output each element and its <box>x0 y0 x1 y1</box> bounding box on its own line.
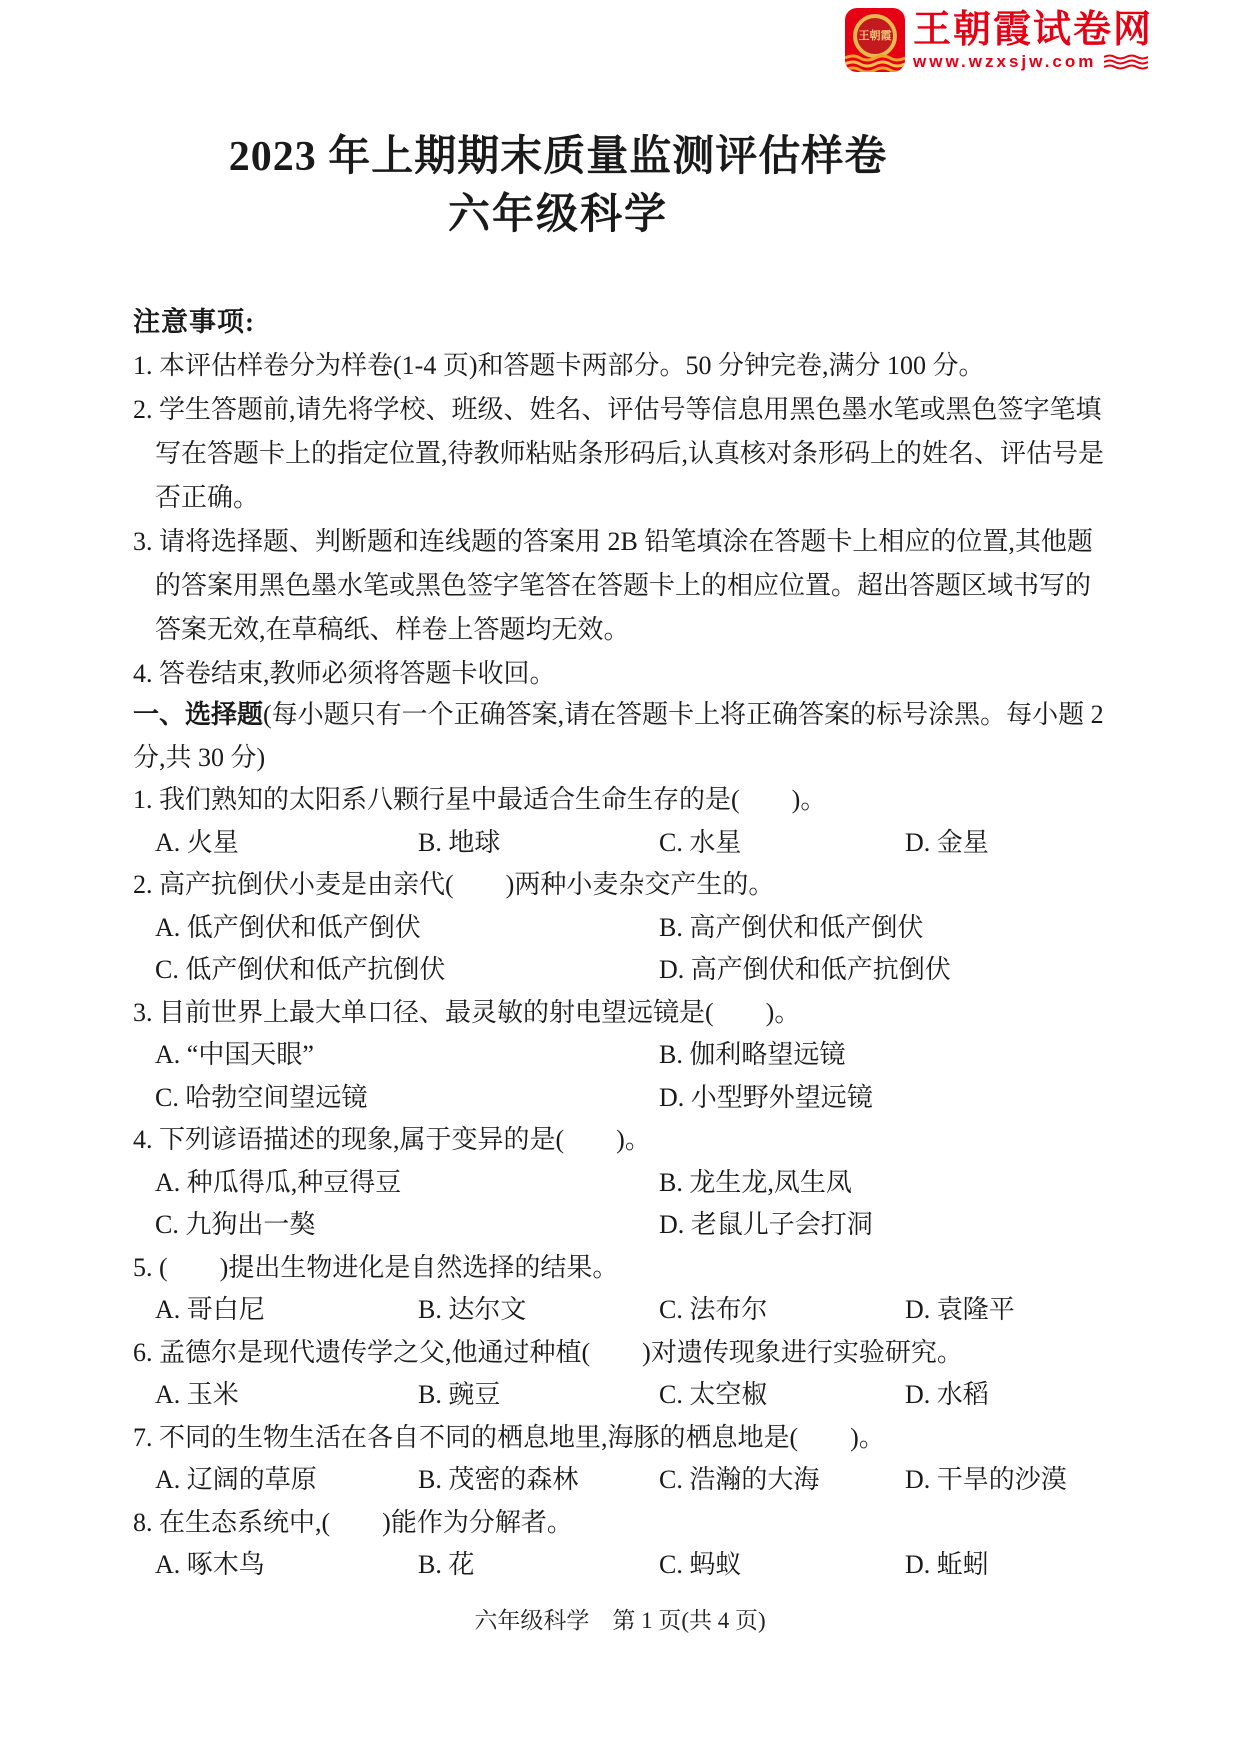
option: D. 高产倒伏和低产抗倒伏 <box>659 949 1111 992</box>
exam-paper-page: 王朝霞 王朝霞试卷网 www.wzxsjw.com 2023 年上期 <box>0 0 1240 1754</box>
questions-list: 1. 我们熟知的太阳系八颗行星中最适合生命生存的是( )。A. 火星B. 地球C… <box>133 779 1111 1587</box>
logo-wave-icon <box>845 54 905 72</box>
question-block: 4. 下列谚语描述的现象,属于变异的是( )。A. 种瓜得瓜,种豆得豆B. 龙生… <box>133 1119 1111 1247</box>
question-block: 3. 目前世界上最大单口径、最灵敏的射电望远镜是( )。A. “中国天眼”B. … <box>133 992 1111 1120</box>
question-text: 8. 在生态系统中,( )能作为分解者。 <box>133 1502 1111 1545</box>
option: A. 玉米 <box>155 1374 418 1417</box>
option: B. 龙生龙,凤生凤 <box>659 1162 1111 1205</box>
page-title: 2023 年上期期末质量监测评估样卷 <box>133 128 983 186</box>
brand-text-block: 王朝霞试卷网 www.wzxsjw.com <box>913 8 1153 72</box>
page-subtitle: 六年级科学 <box>133 186 983 244</box>
option: B. 豌豆 <box>418 1374 659 1417</box>
option: D. 水稻 <box>905 1374 1111 1417</box>
option: C. 低产倒伏和低产抗倒伏 <box>155 949 659 992</box>
option: B. 伽利略望远镜 <box>659 1034 1111 1077</box>
section-instructions: (每小题只有一个正确答案,请在答题卡上将正确答案的标号涂黑。每小题 2 分,共 … <box>133 700 1110 772</box>
brand-site-name: 王朝霞试卷网 <box>913 8 1153 52</box>
choice-section: 一、选择题(每小题只有一个正确答案,请在答题卡上将正确答案的标号涂黑。每小题 2… <box>133 694 1111 1587</box>
option: A. 低产倒伏和低产倒伏 <box>155 907 659 950</box>
question-options: A. 火星B. 地球C. 水星D. 金星 <box>133 822 1111 865</box>
question-text: 2. 高产抗倒伏小麦是由亲代( )两种小麦杂交产生的。 <box>133 864 1111 907</box>
page-footer: 六年级科学 第 1 页(共 4 页) <box>0 1606 1240 1636</box>
option: C. 哈勃空间望远镜 <box>155 1077 659 1120</box>
brand-site-url: www.wzxsjw.com <box>913 52 1096 72</box>
option: B. 地球 <box>418 822 659 865</box>
option: B. 茂密的森林 <box>418 1459 659 1502</box>
option: C. 水星 <box>659 822 905 865</box>
option: C. 九狗出一獒 <box>155 1204 659 1247</box>
option: D. 干旱的沙漠 <box>905 1459 1111 1502</box>
option: C. 太空椒 <box>659 1374 905 1417</box>
question-options: A. “中国天眼”B. 伽利略望远镜C. 哈勃空间望远镜D. 小型野外望远镜 <box>133 1034 1111 1119</box>
option: A. 辽阔的草原 <box>155 1459 418 1502</box>
notice-item: 1. 本评估样卷分为样卷(1-4 页)和答题卡两部分。50 分钟完卷,满分 10… <box>133 344 1111 388</box>
notice-item: 4. 答卷结束,教师必须将答题卡收回。 <box>133 652 1111 696</box>
question-text: 7. 不同的生物生活在各自不同的栖息地里,海豚的栖息地是( )。 <box>133 1417 1111 1460</box>
brand-seal-label: 王朝霞 <box>859 30 892 42</box>
question-options: A. 哥白尼B. 达尔文C. 法布尔D. 袁隆平 <box>133 1289 1111 1332</box>
question-text: 5. ( )提出生物进化是自然选择的结果。 <box>133 1247 1111 1290</box>
section-label: 一、选择题 <box>133 700 263 729</box>
notice-heading: 注意事项: <box>133 300 1111 344</box>
question-block: 5. ( )提出生物进化是自然选择的结果。A. 哥白尼B. 达尔文C. 法布尔D… <box>133 1247 1111 1332</box>
option: D. 金星 <box>905 822 1111 865</box>
option: B. 花 <box>418 1544 659 1587</box>
url-wave-icon <box>1104 54 1148 70</box>
question-block: 7. 不同的生物生活在各自不同的栖息地里,海豚的栖息地是( )。A. 辽阔的草原… <box>133 1417 1111 1502</box>
brand-logo: 王朝霞 王朝霞试卷网 www.wzxsjw.com <box>845 8 1153 72</box>
question-options: A. 辽阔的草原B. 茂密的森林C. 浩瀚的大海D. 干旱的沙漠 <box>133 1459 1111 1502</box>
option: B. 达尔文 <box>418 1289 659 1332</box>
question-options: A. 种瓜得瓜,种豆得豆B. 龙生龙,凤生凤C. 九狗出一獒D. 老鼠儿子会打洞 <box>133 1162 1111 1247</box>
option: A. 火星 <box>155 822 418 865</box>
question-block: 6. 孟德尔是现代遗传学之父,他通过种植( )对遗传现象进行实验研究。A. 玉米… <box>133 1332 1111 1417</box>
option: A. 种瓜得瓜,种豆得豆 <box>155 1162 659 1205</box>
question-block: 8. 在生态系统中,( )能作为分解者。A. 啄木鸟B. 花C. 蚂蚁D. 蚯蚓 <box>133 1502 1111 1587</box>
option: A. “中国天眼” <box>155 1034 659 1077</box>
question-options: A. 低产倒伏和低产倒伏B. 高产倒伏和低产倒伏C. 低产倒伏和低产抗倒伏D. … <box>133 907 1111 992</box>
question-block: 1. 我们熟知的太阳系八颗行星中最适合生命生存的是( )。A. 火星B. 地球C… <box>133 779 1111 864</box>
question-options: A. 啄木鸟B. 花C. 蚂蚁D. 蚯蚓 <box>133 1544 1111 1587</box>
brand-seal-icon: 王朝霞 <box>853 14 897 58</box>
option: C. 浩瀚的大海 <box>659 1459 905 1502</box>
option: B. 高产倒伏和低产倒伏 <box>659 907 1111 950</box>
question-text: 3. 目前世界上最大单口径、最灵敏的射电望远镜是( )。 <box>133 992 1111 1035</box>
option: A. 哥白尼 <box>155 1289 418 1332</box>
question-block: 2. 高产抗倒伏小麦是由亲代( )两种小麦杂交产生的。A. 低产倒伏和低产倒伏B… <box>133 864 1111 992</box>
notice-item: 3. 请将选择题、判断题和连线题的答案用 2B 铅笔填涂在答题卡上相应的位置,其… <box>133 520 1111 652</box>
question-text: 1. 我们熟知的太阳系八颗行星中最适合生命生存的是( )。 <box>133 779 1111 822</box>
title-block: 2023 年上期期末质量监测评估样卷 六年级科学 <box>133 128 983 244</box>
section-heading: 一、选择题(每小题只有一个正确答案,请在答题卡上将正确答案的标号涂黑。每小题 2… <box>133 694 1111 779</box>
brand-logo-icon: 王朝霞 <box>845 8 905 72</box>
option: C. 蚂蚁 <box>659 1544 905 1587</box>
option: D. 蚯蚓 <box>905 1544 1111 1587</box>
question-text: 6. 孟德尔是现代遗传学之父,他通过种植( )对遗传现象进行实验研究。 <box>133 1332 1111 1375</box>
option: D. 老鼠儿子会打洞 <box>659 1204 1111 1247</box>
option: A. 啄木鸟 <box>155 1544 418 1587</box>
option: D. 小型野外望远镜 <box>659 1077 1111 1120</box>
notice-item: 2. 学生答题前,请先将学校、班级、姓名、评估号等信息用黑色墨水笔或黑色签字笔填… <box>133 388 1111 520</box>
option: D. 袁隆平 <box>905 1289 1111 1332</box>
question-options: A. 玉米B. 豌豆C. 太空椒D. 水稻 <box>133 1374 1111 1417</box>
notice-block: 注意事项: 1. 本评估样卷分为样卷(1-4 页)和答题卡两部分。50 分钟完卷… <box>133 300 1111 696</box>
question-text: 4. 下列谚语描述的现象,属于变异的是( )。 <box>133 1119 1111 1162</box>
option: C. 法布尔 <box>659 1289 905 1332</box>
notice-list: 1. 本评估样卷分为样卷(1-4 页)和答题卡两部分。50 分钟完卷,满分 10… <box>133 344 1111 696</box>
